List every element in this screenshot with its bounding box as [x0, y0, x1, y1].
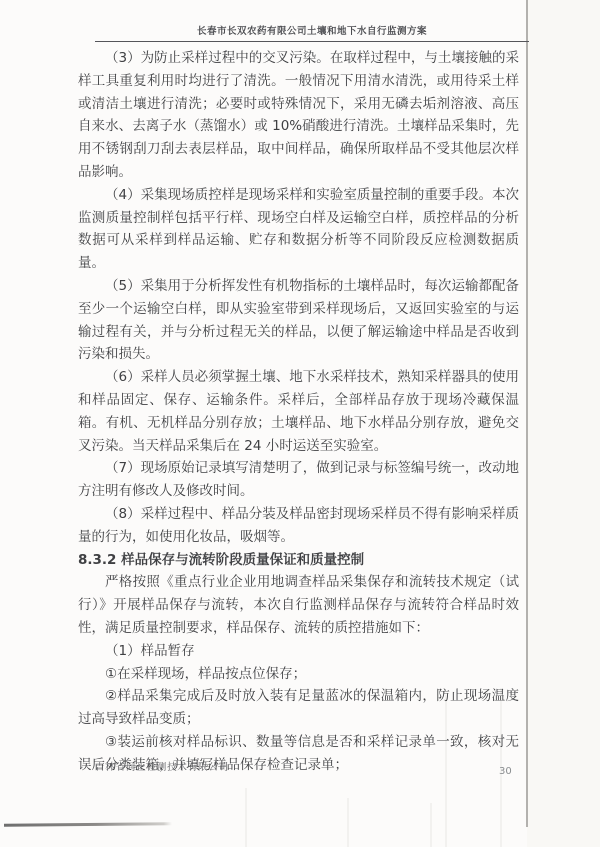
subitem-circle-2: ②样品采集完成后及时放入装有足量蓝冰的保温箱内，防止现场温度过高导致样品变质；: [78, 685, 519, 731]
paragraph-intro: 严格按照《重点行业企业用地调查样品采集保存和流转技术规定（试行）》开展样品保存与…: [78, 571, 519, 639]
section-heading-8-3-2: 8.3.2 样品保存与流转阶段质量保证和质量控制: [78, 549, 519, 572]
scan-paper-edge-bottom: [4, 822, 172, 826]
scan-streak: [430, 803, 432, 847]
header-rule: [95, 41, 529, 42]
paragraph-5: （5）采集用于分析挥发性有机物指标的土壤样品时，每次运输都配备至少一个运输空白样…: [78, 275, 519, 366]
header-title: 长春市长双农药有限公司土壤和地下水自行监测方案: [95, 23, 529, 37]
subitem-circle-1: ①在采样现场，样品按点位保存；: [78, 663, 519, 686]
paragraph-3: （3）为防止采样过程中的交叉污染。在取样过程中，与土壤接触的采样工具重复利用时均…: [78, 47, 519, 184]
footer-company-name: 吉林省同正检测技术有限公司: [95, 759, 229, 773]
scan-streak: [347, 798, 349, 847]
paragraph-4: （4）采集现场质控样是现场采样和实验室质量控制的重要手段。本次监测质量控制样包括…: [78, 184, 519, 275]
scan-paper-edge-right: [526, 0, 528, 827]
scan-margin-area: [527, 0, 600, 847]
footer-page-number: 30: [499, 766, 512, 777]
scan-streak: [245, 788, 247, 847]
paragraph-6: （6）采样人员必须掌握土壤、地下水采样技术，熟知采样器具的使用和样品固定、保存、…: [78, 366, 519, 457]
paragraph-7: （7）现场原始记录填写清楚明了，做到记录与标签编号统一，改动地方注明有修改人及修…: [78, 457, 519, 503]
document-page: 长春市长双农药有限公司土壤和地下水自行监测方案 （3）为防止采样过程中的交叉污染…: [0, 0, 600, 847]
document-body: （3）为防止采样过程中的交叉污染。在取样过程中，与土壤接触的采样工具重复利用时均…: [78, 47, 519, 777]
subitem-1-title: （1）样品暂存: [78, 640, 519, 663]
paragraph-8: （8）采样过程中、样品分装及样品密封现场采样员不得有影响采样质量的行为，如使用化…: [78, 503, 519, 549]
